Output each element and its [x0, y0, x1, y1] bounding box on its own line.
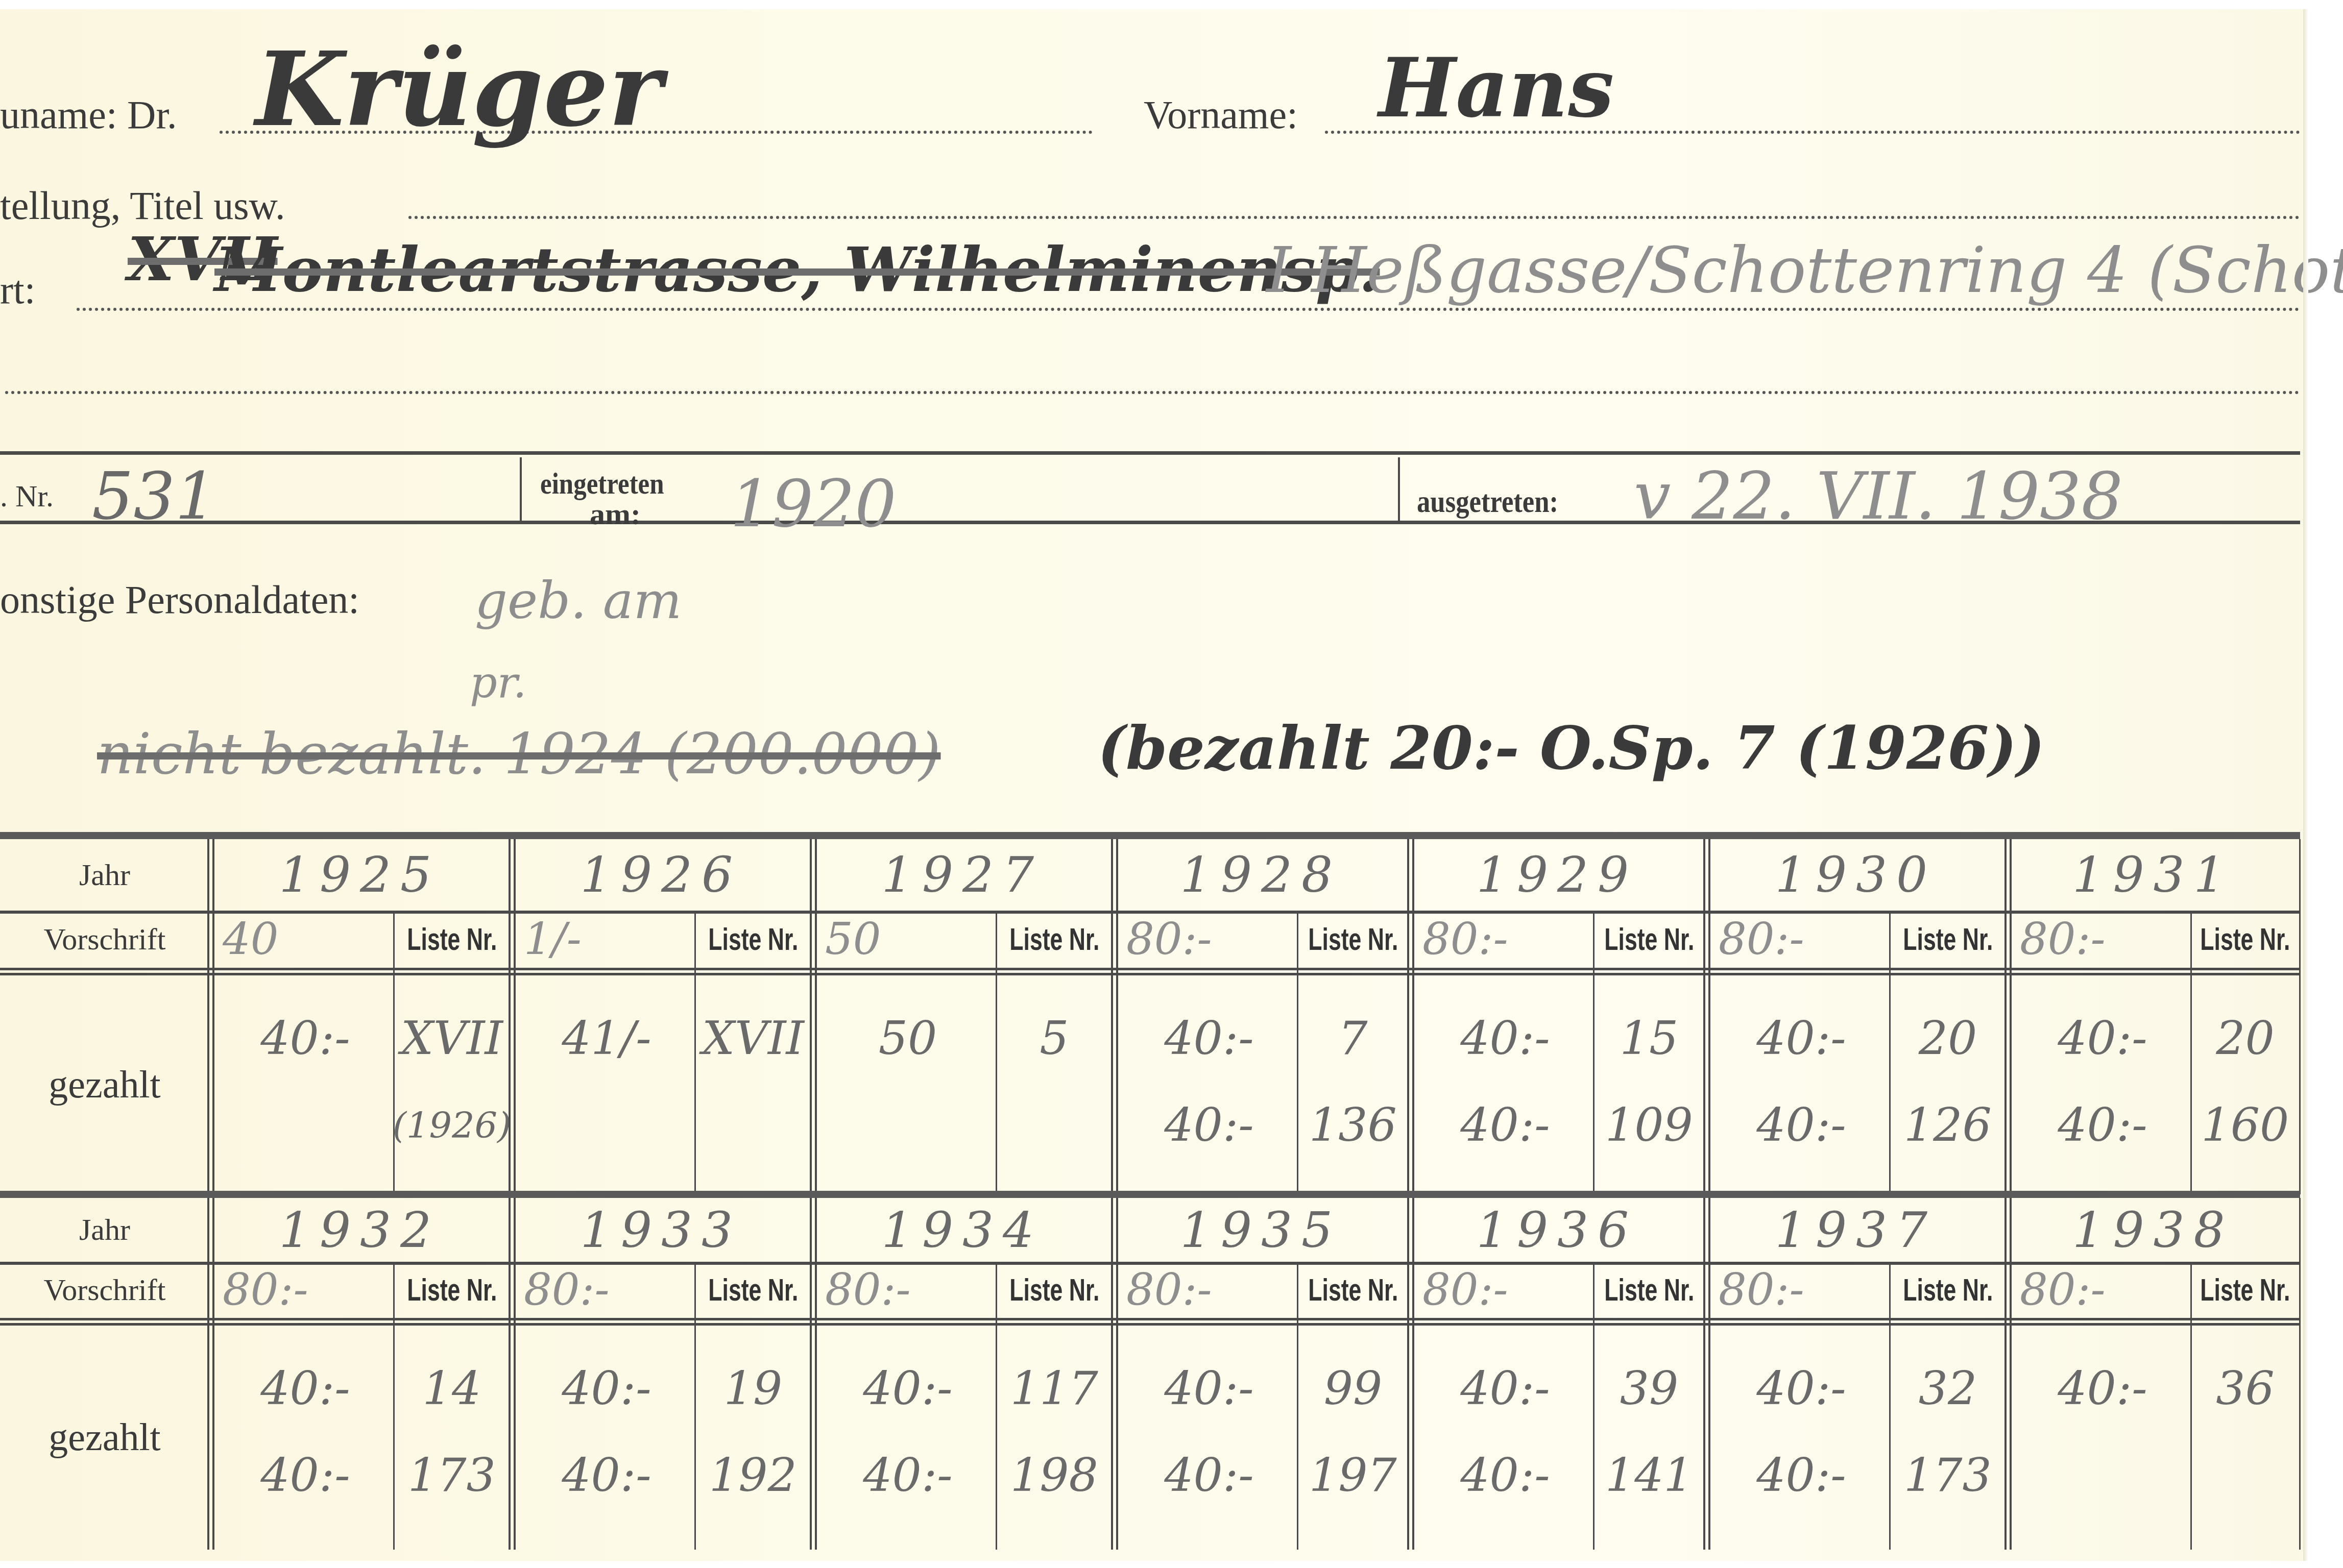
list-no-header: Liste Nr. — [2192, 1262, 2298, 1318]
paid-amount: 40:- — [1164, 1345, 1253, 1432]
required-amount: 80:- — [1713, 911, 1889, 968]
list-no-header: Liste Nr. — [1595, 911, 1703, 968]
blank-dotted-line — [5, 391, 2300, 394]
list-no-header: Liste Nr. — [1891, 911, 2004, 968]
member-no-label: . Nr. — [0, 479, 54, 514]
year-value: 1927 — [812, 839, 1113, 911]
paid-amount: 40:- — [2058, 1345, 2147, 1432]
list-column-divider — [694, 914, 696, 1194]
firstname-label: Vorname: — [1144, 92, 1298, 138]
list-no-header: Liste Nr. — [2192, 911, 2298, 968]
required-amount: 80:- — [1417, 1262, 1593, 1318]
membership-card: uname: Dr. Krüger Vorname: Hans tellung,… — [0, 9, 2305, 1561]
paid-amount: 40:- — [1460, 1432, 1550, 1519]
position-dotted-line — [408, 216, 2300, 219]
list-number: XVII — [702, 995, 804, 1082]
year-value: 1925 — [209, 839, 511, 911]
paid-amount: 40:- — [1756, 1432, 1846, 1519]
year-value: 1926 — [511, 839, 812, 911]
list-no-header: Liste Nr. — [1595, 1262, 1703, 1318]
required-amount: 80:- — [820, 1262, 996, 1318]
year-value: 1929 — [1409, 839, 1705, 911]
address-new-value: I Heßgasse/Schottenring 4 (Schottenring) — [1266, 234, 2343, 307]
position-label: tellung, Titel usw. — [0, 183, 285, 229]
list-column-divider — [1297, 1265, 1298, 1550]
required-amount: 80:- — [2015, 1262, 2190, 1318]
list-number: 141 — [1605, 1432, 1693, 1519]
required-amount: 50 — [820, 911, 996, 968]
required-amount: 80:- — [2015, 911, 2190, 968]
list-number: 15 — [1620, 995, 1679, 1082]
joined-value: 1920 — [730, 466, 897, 542]
year-value: 1931 — [2007, 839, 2300, 911]
left-label: ausgetreten: — [1417, 484, 1558, 520]
paid-amounts: 40:-40:- — [1713, 1325, 1889, 1550]
paid-amount: 40:- — [260, 1345, 350, 1432]
paid-amount: 40:- — [260, 1432, 350, 1519]
paid-amount: 40:- — [1756, 1345, 1846, 1432]
year-value: 1930 — [1705, 839, 2007, 911]
column-divider — [1398, 457, 1400, 521]
surname-label: uname: Dr. — [0, 92, 177, 138]
list-numbers: 32173 — [1891, 1325, 2004, 1550]
joined-label: eingetreten — [540, 466, 664, 501]
list-numbers: 20126 — [1891, 975, 2004, 1194]
list-no-header: Liste Nr. — [395, 1262, 509, 1318]
divider-line — [0, 451, 2300, 455]
required-amount: 80:- — [1713, 1262, 1889, 1318]
paid-amount: 40:- — [1164, 1432, 1253, 1519]
paid-amounts: 40:-40:- — [218, 1325, 393, 1550]
list-no-header: Liste Nr. — [1299, 911, 1407, 968]
member-no-value: 531 — [92, 458, 216, 534]
list-numbers: 5 — [998, 975, 1111, 1194]
list-number: 117 — [1010, 1345, 1098, 1432]
address-dotted-line — [77, 308, 2300, 311]
list-no-header: Liste Nr. — [696, 1262, 810, 1318]
table-thick-rule — [0, 1191, 2300, 1198]
list-number: (1926) — [393, 1082, 512, 1169]
year-value: 1935 — [1113, 1198, 1409, 1262]
paid-amounts: 40:- — [2015, 1325, 2190, 1550]
other-data-birth: geb. am — [475, 571, 682, 630]
list-column-divider — [2190, 1265, 2192, 1550]
list-numbers: 19192 — [696, 1325, 810, 1550]
required-amount: 80:- — [1417, 911, 1593, 968]
list-numbers: 39141 — [1595, 1325, 1703, 1550]
row-label-year: Jahr — [0, 1198, 209, 1262]
list-number: 5 — [1040, 995, 1069, 1082]
other-data-pr: pr. — [470, 657, 526, 707]
list-numbers: 15109 — [1595, 975, 1703, 1194]
year-value: 1934 — [812, 1198, 1113, 1262]
list-column-divider — [393, 1265, 395, 1550]
list-numbers: 14173 — [395, 1325, 509, 1550]
left-value: v 22. VII. 1938 — [1634, 458, 2123, 534]
year-value: 1932 — [209, 1198, 511, 1262]
table-double-rule — [0, 968, 2300, 970]
paid-amount: 40:- — [1164, 995, 1253, 1082]
list-number: 99 — [1324, 1345, 1383, 1432]
list-number: 160 — [2202, 1082, 2289, 1169]
year-value: 1928 — [1113, 839, 1409, 911]
list-number: XVII — [401, 995, 503, 1082]
list-no-header: Liste Nr. — [395, 911, 509, 968]
paid-amount: 40:- — [1460, 1082, 1550, 1169]
list-numbers: 117198 — [998, 1325, 1111, 1550]
list-numbers: 99197 — [1299, 1325, 1407, 1550]
paid-amounts: 40:-40:- — [2015, 975, 2190, 1194]
list-number: 109 — [1605, 1082, 1693, 1169]
paid-amount: 40:- — [1756, 1082, 1846, 1169]
list-numbers: XVII — [696, 975, 810, 1194]
other-data-struck-note: nicht bezahlt. 1924 (200.000) — [97, 721, 940, 787]
list-number: 20 — [2216, 995, 2275, 1082]
other-data-label: onstige Personaldaten: — [0, 577, 359, 623]
list-number: 136 — [1309, 1082, 1397, 1169]
address-old-value: Montleartstrasse, Wilhelminensp. — [214, 234, 1380, 306]
table-double-rule — [0, 1318, 2300, 1320]
list-number: 198 — [1010, 1432, 1098, 1519]
paid-amount: 40:- — [562, 1345, 651, 1432]
paid-amount: 40:- — [2058, 995, 2147, 1082]
table-right-border — [2299, 839, 2301, 1194]
paid-amount: 41/- — [562, 995, 651, 1082]
table-right-border — [2299, 1198, 2301, 1550]
paid-amount: 40:- — [1164, 1082, 1253, 1169]
other-data-paid-note: (bezahlt 20:- O.Sp. 7 (1926)) — [1098, 714, 2045, 783]
list-number: 19 — [724, 1345, 783, 1432]
year-value: 1937 — [1705, 1198, 2007, 1262]
year-value: 1938 — [2007, 1198, 2300, 1262]
row-label-paid: gezahlt — [0, 975, 209, 1194]
list-number: 173 — [1904, 1432, 1992, 1519]
list-column-divider — [1889, 914, 1891, 1194]
paid-amounts: 40:-40:- — [1713, 975, 1889, 1194]
list-no-header: Liste Nr. — [696, 911, 810, 968]
list-number: 173 — [408, 1432, 496, 1519]
joined-label-am: am: — [590, 497, 641, 532]
address-label: rt: — [0, 267, 35, 313]
list-numbers: XVII(1926) — [395, 975, 509, 1194]
paid-amounts: 40:-40:- — [519, 1325, 694, 1550]
list-numbers: 7136 — [1299, 975, 1407, 1194]
paid-amount: 40:- — [1756, 995, 1846, 1082]
row-label-required: Vorschrift — [0, 911, 209, 968]
paid-amount: 40:- — [260, 995, 350, 1082]
list-no-header: Liste Nr. — [998, 1262, 1111, 1318]
list-number: 36 — [2216, 1345, 2275, 1432]
paid-amount: 50 — [879, 995, 937, 1082]
paid-amounts: 40:- — [218, 975, 393, 1194]
paid-amount: 40:- — [2058, 1082, 2147, 1169]
paid-amount: 40:- — [1460, 995, 1550, 1082]
list-number: 32 — [1919, 1345, 1977, 1432]
list-numbers: 20160 — [2192, 975, 2298, 1194]
list-column-divider — [996, 914, 997, 1194]
year-value: 1933 — [511, 1198, 812, 1262]
year-value: 1936 — [1409, 1198, 1705, 1262]
list-number: 39 — [1620, 1345, 1679, 1432]
paid-amounts: 40:-40:- — [1121, 1325, 1297, 1550]
list-number: 197 — [1309, 1432, 1397, 1519]
list-no-header: Liste Nr. — [1299, 1262, 1407, 1318]
column-divider — [520, 457, 522, 521]
list-number: 20 — [1919, 995, 1977, 1082]
list-column-divider — [2190, 914, 2192, 1194]
paid-amount: 40:- — [1460, 1345, 1550, 1432]
list-number: 7 — [1338, 995, 1367, 1082]
list-number: 14 — [423, 1345, 481, 1432]
list-number: 192 — [709, 1432, 797, 1519]
paid-amount: 40:- — [562, 1432, 651, 1519]
list-no-header: Liste Nr. — [998, 911, 1111, 968]
paid-amounts: 40:-40:- — [1417, 975, 1593, 1194]
table-thick-rule — [0, 832, 2300, 839]
list-column-divider — [1593, 914, 1595, 1194]
list-column-divider — [694, 1265, 696, 1550]
list-column-divider — [1889, 1265, 1891, 1550]
row-label-year: Jahr — [0, 839, 209, 911]
surname-value: Krüger — [255, 30, 662, 150]
row-label-required: Vorschrift — [0, 1262, 209, 1318]
required-amount: 80:- — [1121, 911, 1297, 968]
list-number: 126 — [1904, 1082, 1992, 1169]
required-amount: 1/- — [519, 911, 694, 968]
paid-amounts: 40:-40:- — [1417, 1325, 1593, 1550]
paid-amount: 40:- — [863, 1432, 952, 1519]
paid-amounts: 40:-40:- — [1121, 975, 1297, 1194]
list-column-divider — [1297, 914, 1298, 1194]
list-column-divider — [1593, 1265, 1595, 1550]
required-amount: 80:- — [1121, 1262, 1297, 1318]
paid-amounts: 50 — [820, 975, 996, 1194]
list-numbers: 36 — [2192, 1325, 2298, 1550]
paid-amounts: 40:-40:- — [820, 1325, 996, 1550]
list-column-divider — [996, 1265, 997, 1550]
row-label-paid: gezahlt — [0, 1325, 209, 1550]
list-no-header: Liste Nr. — [1891, 1262, 2004, 1318]
firstname-value: Hans — [1379, 40, 1614, 136]
required-amount: 80:- — [218, 1262, 393, 1318]
paid-amounts: 41/- — [519, 975, 694, 1194]
paid-amount: 40:- — [863, 1345, 952, 1432]
required-amount: 80:- — [519, 1262, 694, 1318]
required-amount: 40 — [218, 911, 393, 968]
